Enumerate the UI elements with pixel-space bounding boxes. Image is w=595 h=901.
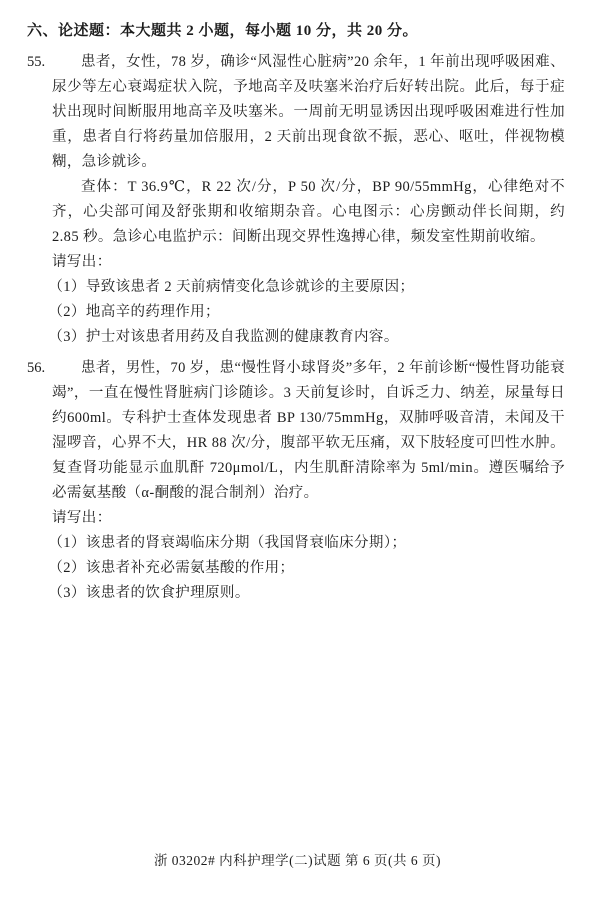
question-item: （2）该患者补充必需氨基酸的作用； xyxy=(52,556,565,581)
question-item: （2）地高辛的药理作用； xyxy=(52,300,565,325)
question-56: 56. 患者，男性，70 岁，患“慢性肾小球肾炎”多年，2 年前诊断“慢性肾功能… xyxy=(52,356,565,606)
question-item: （1）该患者的肾衰竭临床分期（我国肾衰临床分期）； xyxy=(52,531,565,556)
section-heading: 六、论述题：本大题共 2 小题，每小题 10 分，共 20 分。 xyxy=(27,19,565,44)
question-item: （3）护士对该患者用药及自我监测的健康教育内容。 xyxy=(52,325,565,350)
question-prompt: 请写出： xyxy=(52,506,565,531)
question-55: 55. 患者，女性，78 岁，确诊“风湿性心脏病”20 余年，1 年前出现呼吸困… xyxy=(52,50,565,350)
question-case-paragraph: 患者，男性，70 岁，患“慢性肾小球肾炎”多年，2 年前诊断“慢性肾功能衰竭”，… xyxy=(52,356,565,506)
question-exam-paragraph: 查体：T 36.9℃，R 22 次/分，P 50 次/分，BP 90/55mmH… xyxy=(52,175,565,250)
question-item: （3）该患者的饮食护理原则。 xyxy=(52,581,565,606)
question-case-paragraph: 患者，女性，78 岁，确诊“风湿性心脏病”20 余年，1 年前出现呼吸困难、尿少… xyxy=(52,50,565,175)
page-footer: 浙 03202# 内科护理学(二)试题 第 6 页(共 6 页) xyxy=(0,850,595,872)
question-prompt: 请写出： xyxy=(52,250,565,275)
question-number: 56. xyxy=(27,356,45,381)
exam-page: 六、论述题：本大题共 2 小题，每小题 10 分，共 20 分。 55. 患者，… xyxy=(0,0,595,901)
question-number: 55. xyxy=(27,50,45,75)
question-item: （1）导致该患者 2 天前病情变化急诊就诊的主要原因； xyxy=(52,275,565,300)
